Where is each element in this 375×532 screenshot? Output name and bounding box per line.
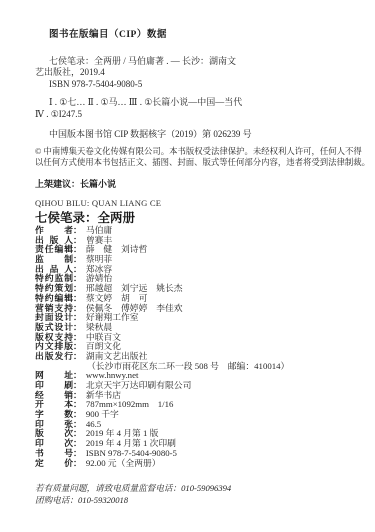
cip-record: 七侯笔录：全两册 / 马伯庸著 . — 长沙：湖南文 艺出版社，2019.4 I… xyxy=(35,56,361,120)
cip-heading: 图书在版编目（CIP）数据 xyxy=(49,26,167,40)
colophon-colon: ： xyxy=(73,399,82,409)
colophon-list: 作者：马伯庸 出版人：曾赛丰 责任编辑：薛 健 刘诗哲 监制：蔡明菲 出品人：郑… xyxy=(35,226,369,468)
colophon-value: 邢越超 刘宁远 姚长杰 xyxy=(86,283,183,293)
book-copyright-page: 图书在版编目（CIP）数据 七侯笔录：全两册 / 马伯庸著 . — 长沙：湖南文… xyxy=(0,0,375,532)
colophon-colon: ： xyxy=(73,380,82,390)
copyright-notice-line: 以任何方式使用本书包括正文、插图、封面、版式等任何部分内容，违者将受到法律制裁。 xyxy=(35,157,367,168)
colophon-value: 蔡明菲 xyxy=(86,254,112,264)
shelving-suggestion: 上架建议：长篇小说 xyxy=(35,177,116,190)
colophon-colon: ： xyxy=(73,370,82,380)
colophon-value: 百朗文化 xyxy=(86,341,121,351)
cip-record-line: 七侯笔录：全两册 / 马伯庸著 . — 长沙：湖南文 xyxy=(35,56,361,67)
colophon-value: 787mm×1092mm 1/16 xyxy=(86,399,174,409)
colophon-colon: ： xyxy=(73,244,82,254)
colophon-colon: ： xyxy=(73,303,82,313)
colophon-colon: ： xyxy=(73,409,82,419)
cip-registry-line: 中国版本图书馆 CIP 数据核字（2019）第 026239 号 xyxy=(49,127,252,140)
colophon-colon: ： xyxy=(73,341,82,351)
colophon-colon: ： xyxy=(73,351,82,361)
book-title: 七侯笔录：全两册 xyxy=(35,208,135,226)
colophon-value: 好谢翔工作室 xyxy=(86,312,139,322)
colophon-colon: ： xyxy=(73,322,82,332)
colophon-value: 2019 年 4 月第 1 版 xyxy=(86,428,159,438)
colophon-value: 梁秋晨 xyxy=(86,322,112,332)
colophon-label: 定价 xyxy=(35,459,73,469)
copyright-notice: © 中南博集天卷文化传媒有限公司。本书版权受法律保护。未经权利人许可，任何人不得… xyxy=(35,146,367,169)
colophon-value: 游婧怡 xyxy=(86,273,112,283)
footer-quality-note: 若有质量问题，请致电质量监督电话：010-59096394 xyxy=(35,483,231,495)
pinyin-title: QIHOU BILU: QUAN LIANG CE xyxy=(35,198,161,208)
cip-classification-line: Ⅰ . ①七… Ⅱ . ①马… Ⅲ . ①长篇小说—中国—当代 xyxy=(35,97,361,108)
colophon-value: 湖南文艺出版社 xyxy=(86,351,148,361)
footer-group-purchase-note: 团购电话：010-59320018 xyxy=(35,495,231,507)
colophon-colon: ： xyxy=(73,225,82,235)
colophon-colon: ： xyxy=(73,273,82,283)
cip-classification-line: Ⅳ . ①I247.5 xyxy=(35,109,361,120)
colophon-colon: ： xyxy=(73,254,82,264)
colophon-colon: ： xyxy=(73,458,82,468)
colophon-value: 92.00 元（全两册） xyxy=(86,458,161,468)
colophon-value: 侯佩冬 傅婷婷 李佳欢 xyxy=(86,303,183,313)
cip-record-line: 艺出版社，2019.4 xyxy=(35,67,361,78)
colophon-value: 薛 健 刘诗哲 xyxy=(86,244,148,254)
colophon-value: 马伯庸 xyxy=(86,225,112,235)
copyright-notice-line: © 中南博集天卷文化传媒有限公司。本书版权受法律保护。未经权利人许可，任何人不得 xyxy=(35,146,367,157)
footer-notes: 若有质量问题，请致电质量监督电话：010-59096394 团购电话：010-5… xyxy=(35,483,231,506)
colophon-value: 2019 年 4 月第 1 次印刷 xyxy=(86,438,176,448)
colophon-label: 出版发行 xyxy=(35,352,73,362)
colophon-colon: ： xyxy=(73,428,82,438)
colophon-value: ISBN 978-7-5404-9080-5 xyxy=(86,448,177,458)
colophon-row: 定价：92.00 元（全两册） xyxy=(35,459,369,469)
colophon-colon: ： xyxy=(73,283,82,293)
colophon-colon: ： xyxy=(73,438,82,448)
colophon-value: 北京天宇万达印刷有限公司 xyxy=(86,380,192,390)
colophon-colon: ： xyxy=(73,448,82,458)
colophon-value: 蔡文婷 胡 可 xyxy=(86,293,148,303)
colophon-value: www.hnwy.net xyxy=(86,370,139,380)
colophon-colon: ： xyxy=(73,293,82,303)
colophon-colon: ： xyxy=(73,312,82,322)
colophon-value: 900 千字 xyxy=(86,409,119,419)
cip-isbn-line: ISBN 978-7-5404-9080-5 xyxy=(35,79,361,90)
